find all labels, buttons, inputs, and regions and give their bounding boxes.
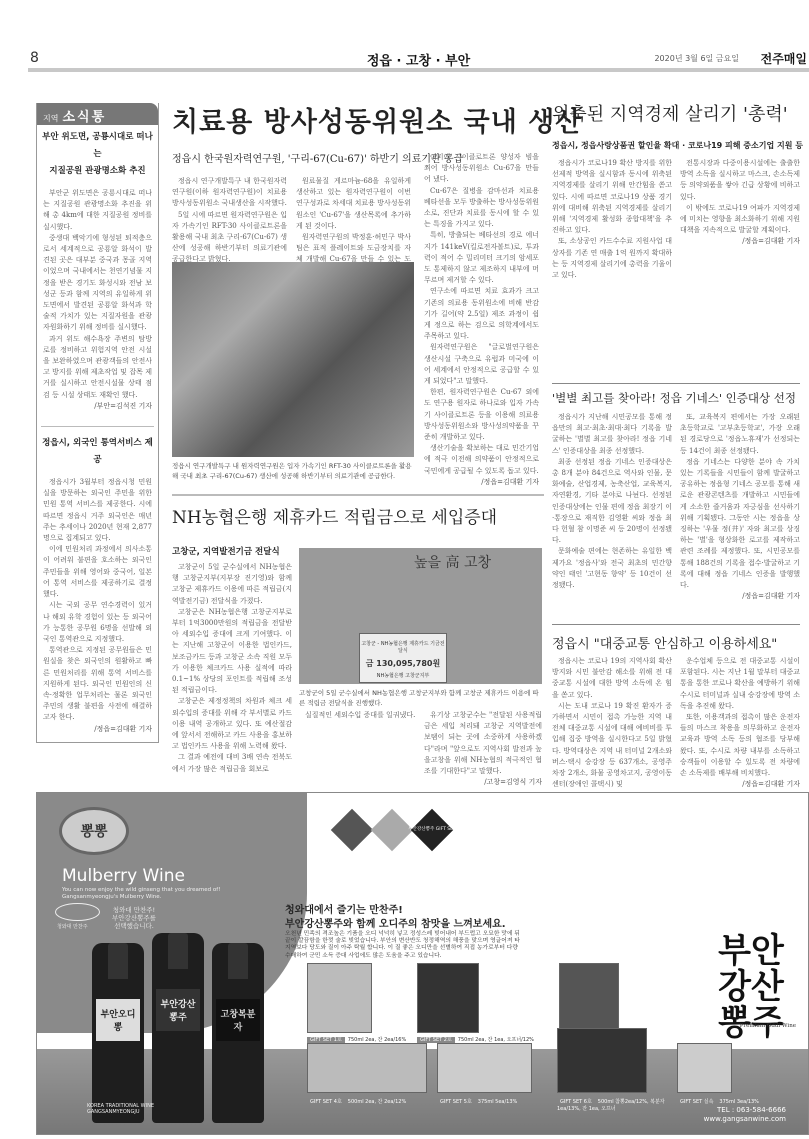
paragraph: 고창군이 5일 군수실에서 NH농협은행 고창군지부(지부장 진기영)와 함께 … bbox=[172, 562, 292, 607]
guinness-col2: 또, 교육복지 편에서는 가장 오래된 초등학교로 '고부초등학교', 가장 오… bbox=[680, 412, 800, 602]
paragraph: 정읍 기네스는 다양한 분야 속 가치 있는 기록들을 시민들이 함께 발굴하고… bbox=[680, 457, 800, 591]
paragraph: 한편, 원자력연구원은 Cu-67 외에도 연구용 원자로 하나로와 입자 가속… bbox=[424, 387, 539, 443]
sidebar-header: 지역 소식통 bbox=[37, 103, 158, 125]
gift-tag: GIFT SET 실속 bbox=[677, 1099, 716, 1105]
paragraph: 운수업체 등으로 전 대중교통 시설이 포함된다. 시는 지난 1월 말부터 대… bbox=[680, 656, 800, 712]
sidebar-label-small: 지역 bbox=[43, 113, 58, 124]
gift-tag: GIFT SET 5호 bbox=[437, 1099, 475, 1105]
ad-contact: TEL : 063-584-6666 www.gangsanwine.com bbox=[704, 1106, 786, 1124]
photo-banner: 높을 高 고창 bbox=[414, 552, 491, 572]
blue-house-emblem-icon bbox=[55, 903, 100, 921]
sidebar-story1-body: 부안군 위도면은 공룡시대로 떠나는 지질공원 관광명소화 추진을 위해 총 4… bbox=[37, 184, 158, 416]
gift-set-3-image bbox=[559, 963, 619, 1033]
text-line: 선택했습니다. bbox=[112, 922, 156, 930]
ad-body-text: 오천년 민족의 격조높은 기품을 오디 넉넉히 넣고 정성스레 빚어내어 부드럽… bbox=[285, 931, 525, 960]
title-line: 부안 위도면, 공룡시대로 떠나는 bbox=[39, 129, 156, 163]
bottle-label: 부안강산뽕주 bbox=[156, 989, 200, 1031]
sidebar-label-big: 소식통 bbox=[62, 106, 106, 125]
paragraph: 원료물질 게르마늄-68을 유일하게 생산하고 있는 원자력연구원이 이번 연구… bbox=[296, 176, 411, 232]
paragraph: 문화예술 편에는 현존하는 유일한 백제가요 '정읍사'와 전국 최초의 민간향… bbox=[552, 546, 672, 591]
economy-headline[interactable]: 위축된 지역경제 살리기 '총력' bbox=[552, 100, 788, 126]
gift-spec: 375ml 3ea/13% bbox=[719, 1099, 759, 1105]
board-title: 고창군 - NH농협은행 제휴카드 기금전달식 bbox=[360, 640, 446, 654]
lead-subhead: 정읍시 한국원자력연구원, '구리-67(Cu-67)' 하반기 의료기관 공급 bbox=[172, 150, 463, 165]
byline: /정읍=김대환 기자 bbox=[680, 779, 800, 790]
gift-set-7: GIFT SET 실속375ml 3ea/13% bbox=[677, 1098, 759, 1105]
nh-subhead: 고창군, 지역발전기금 전달식 bbox=[172, 545, 280, 557]
sidebar-story2-body: 정읍시가 3월부터 정읍시청 민원실을 방문하는 외국인 주민을 위한 민원 통… bbox=[37, 473, 158, 739]
text-line: 청와대 만찬주! bbox=[112, 906, 156, 914]
bottle-neck bbox=[108, 943, 128, 979]
bottle-label: 부안오디뽕 bbox=[96, 999, 140, 1041]
paragraph: 또, 소상공인 카드수수료 지원사업 대상자를 기존 연 매출 1억 원까지 확… bbox=[552, 236, 672, 281]
paragraph: 이 밖에도 코로나19 여파가 지역경제에 미치는 영향을 최소화하기 위해 지… bbox=[680, 203, 800, 237]
paragraph: 연구소에 따르면 치료 효과가 크고 기존의 의료용 동위원소에 비해 반감기가… bbox=[424, 286, 539, 342]
bottle-neck bbox=[228, 943, 248, 979]
mulberry-diamond-icon bbox=[331, 809, 373, 851]
cheongwadae-text: 청와대 만찬주! 부안강산뽕주를 선택했습니다. bbox=[112, 906, 156, 930]
gift-set-6: GIFT SET 6호500ml 참뽕2ea/12%, 복분자1ea/13%, … bbox=[557, 1098, 667, 1112]
cyclotron-photo[interactable] bbox=[172, 262, 414, 457]
paragraph: 실질적인 세외수입 증대를 일궈냈다. bbox=[299, 710, 417, 721]
paragraph: 원자력연구원은 "글로벌연구원은 생산시설 구축으로 유럽과 미국에 이어 세계… bbox=[424, 342, 539, 387]
gift-set-7-image bbox=[677, 1043, 732, 1093]
paragraph: 전통시장과 다중이용시설에는 출출한 방역 소독을 실시하고 마스크, 손소독제… bbox=[680, 158, 800, 203]
gift-set-2: GIFT SET 2호750ml 2ea, 잔 1ea, 오프너/12% bbox=[417, 1036, 534, 1043]
masthead: 8 정읍 · 고창 · 부안 2020년 3월 6일 금요일 전주매일 bbox=[28, 48, 809, 74]
paragraph: Cu-67은 질병을 감마선과 치료용 베타선을 모두 방출하는 방사성동위원소… bbox=[424, 186, 539, 231]
byline: /정읍=김대환 기자 bbox=[424, 477, 539, 488]
paragraph: 정읍시는 코로나 19의 지역사회 확산방지와 시민 불안감 해소를 위해 전 … bbox=[552, 656, 672, 701]
paragraph: 부안군 위도면은 공룡시대로 떠나는 지질공원 관광명소화 추진을 위해 총 4… bbox=[43, 188, 152, 233]
transit-col2: 운수업체 등으로 전 대중교통 시설이 포함된다. 시는 지난 1월 말부터 대… bbox=[680, 656, 800, 790]
nh-photo-caption: 고창군이 5일 군수실에서 NH농협은행 고창군지부와 함께 고창군 제휴카드 … bbox=[299, 688, 544, 708]
paragraph: 중생대 백악기에 형성된 퇴적층으로서 세계적으로 공룡알 화석이 발견된 곳은… bbox=[43, 233, 152, 334]
byline: /고창=김영식 기자 bbox=[424, 777, 542, 788]
paragraph: 생산기술을 확보하는 대로 민간기업에 적극 이전해 의약품이 안정적으로 국민… bbox=[424, 443, 539, 477]
gift-set-2-image bbox=[417, 963, 479, 1033]
brand-logo-icon: 뽕뽕 bbox=[59, 807, 129, 855]
sidebar-story2-title[interactable]: 정읍시, 외국인 통역서비스 제공 bbox=[37, 431, 158, 473]
lead-headline[interactable]: 치료용 방사성동위원소 국내 생산 bbox=[172, 100, 582, 139]
gift-set-1: GIFT SET 1호750ml 2ea, 잔 2ea/16% bbox=[307, 1036, 406, 1043]
bottle-label: 고창복분자 bbox=[216, 999, 260, 1041]
paragraph: 여기에 사이클로트론 양성자 빔을 쬐어 방사성동위원소 Cu-67을 만들어 … bbox=[424, 152, 539, 186]
paragraph: 유기상 고창군수는 "전달된 사용적립금은 세입 처리돼 고창군 지역발전에 보… bbox=[424, 710, 542, 777]
ad-headline-1: 청와대에서 즐기는 만찬주! bbox=[285, 901, 403, 916]
gift-set-1-image bbox=[307, 963, 372, 1033]
nh-col1: 고창군이 5일 군수실에서 NH농협은행 고창군지부(지부장 진기영)와 함께 … bbox=[172, 562, 292, 775]
paper-name: 전주매일 bbox=[761, 50, 807, 67]
paragraph: 정읍시 연구개발특구 내 한국원자력연구원(이하 원자력연구원)이 치료용 방사… bbox=[172, 176, 287, 210]
paragraph: 시는 국외 공무 연수경력이 있거나 해외 유학 경험이 있는 등 외국어가 능… bbox=[43, 600, 152, 645]
gift-set-4-image bbox=[307, 1043, 427, 1093]
divider bbox=[41, 426, 154, 427]
paragraph: 과거 위도 해수욕장 주변의 탐방로를 정비하고 위험지역 안전 시설을 보완하… bbox=[43, 334, 152, 401]
ad-title: Mulberry Wine bbox=[62, 866, 185, 886]
gift-set-4: GIFT SET 4호500ml 2ea, 잔 2ea/12% bbox=[307, 1098, 406, 1105]
local-news-sidebar: 지역 소식통 부안 위도면, 공룡시대로 떠나는 지질공원 관광명소화 추진 부… bbox=[36, 103, 159, 743]
byline: /정읍=김대환 기자 bbox=[43, 724, 152, 735]
gift-spec: 375ml 5ea/13% bbox=[478, 1099, 518, 1105]
paragraph: 또, 교육복지 편에서는 가장 오래된 초등학교로 '고부초등학교', 가장 오… bbox=[680, 412, 800, 457]
gift-set-6-image bbox=[557, 1028, 647, 1093]
guinness-col1: 정읍시가 지난해 시민공모를 통해 정읍만의 최고·최초·최대·최다 기록을 발… bbox=[552, 412, 672, 591]
mulberry-wine-ad[interactable]: 뽕뽕 Mulberry Wine You can now enjoy the w… bbox=[36, 792, 809, 1135]
title-line: 지질공원 관광명소화 추진 bbox=[39, 163, 156, 180]
donation-board: 고창군 - NH농협은행 제휴카드 기금전달식 금 130,095,780원 N… bbox=[359, 633, 447, 683]
paragraph: 고창군은 NH농협은행 고창군지부로부터 1억3000만원의 적립금을 전달받아… bbox=[172, 607, 292, 697]
paragraph: 정읍시가 3월부터 정읍시청 민원실을 방문하는 외국인 주민을 위한 민원 통… bbox=[43, 477, 152, 544]
paragraph: 최종 선정된 정읍 기네스 인증대상은 총 8개 분야 84건으로 역사와 인물… bbox=[552, 457, 672, 547]
paragraph: 정읍시가 지난해 시민공모를 통해 정읍만의 최고·최초·최대·최다 기록을 발… bbox=[552, 412, 672, 457]
donation-amount: 금 130,095,780원 bbox=[360, 658, 446, 669]
traditional-wine-mark: KOREA TRADITIONAL WINE GANGSANMYEONGJU bbox=[87, 1103, 207, 1115]
guinness-headline[interactable]: '별별 최고를 찾아라! 정읍 기네스' 인증대상 선정 bbox=[552, 390, 796, 406]
ad-headline-2: 부안강산뽕주와 함께 오디주의 참맛을 느껴보세요. bbox=[285, 915, 506, 930]
economy-col2: 전통시장과 다중이용시설에는 출출한 방역 소독을 실시하고 마스크, 손소독제… bbox=[680, 158, 800, 248]
divider bbox=[172, 494, 544, 496]
transit-headline[interactable]: 정읍시 "대중교통 안심하고 이용하세요" bbox=[552, 633, 777, 652]
economy-col1: 정읍시가 코로나19 확산 방지를 위한 선제적 방역을 실시함과 동시에 위축… bbox=[552, 158, 672, 281]
website-link[interactable]: www.gangsanwine.com bbox=[704, 1115, 786, 1124]
text-line: 부안강산뽕주를 bbox=[112, 914, 156, 922]
paragraph: 정읍시가 코로나19 확산 방지를 위한 선제적 방역을 실시함과 동시에 위축… bbox=[552, 158, 672, 236]
issue-date: 2020년 3월 6일 금요일 bbox=[654, 53, 739, 64]
bottle-bokbunja: 고창복분자 bbox=[212, 943, 264, 1123]
divider bbox=[552, 383, 800, 384]
paragraph: 이에 민원처리 과정에서 의사소통이 어려워 불편을 호소하는 외국인 주민들을… bbox=[43, 544, 152, 600]
byline: /정읍=김대환 기자 bbox=[680, 591, 800, 602]
divider bbox=[552, 624, 800, 625]
bottle-neck bbox=[168, 933, 188, 969]
byline: /정읍=김대환 기자 bbox=[680, 236, 800, 247]
phone-number: TEL : 063-584-6666 bbox=[704, 1106, 786, 1115]
paragraph: 5일 시에 따르면 원자력연구원은 입자 가속기인 RFT-30 사이클로트론을… bbox=[172, 210, 287, 266]
cheongwadae-label: 청와대 만찬주 bbox=[57, 923, 88, 930]
gift-tag: GIFT SET 6호 bbox=[557, 1099, 595, 1105]
bottle-odi: 부안오디뽕 bbox=[92, 943, 144, 1123]
gift-set-5-image bbox=[437, 1043, 532, 1093]
board-footer: NH농협은행 고창군지부 bbox=[360, 672, 446, 679]
transit-col1: 정읍시는 코로나 19의 지역사회 확산방지와 시민 불안감 해소를 위해 전 … bbox=[552, 656, 672, 790]
lead-photo-caption: 정읍시 연구개발특구 내 원자력연구원은 입자 가속기인 RFT-30 사이클로… bbox=[172, 461, 417, 481]
gift-set-5: GIFT SET 5호375ml 5ea/13% bbox=[437, 1098, 517, 1105]
gift-tag: GIFT SET 4호 bbox=[307, 1099, 345, 1105]
sidebar-story1-title[interactable]: 부안 위도면, 공룡시대로 떠나는 지질공원 관광명소화 추진 bbox=[37, 125, 158, 184]
lead-col3: 여기에 사이클로트론 양성자 빔을 쬐어 방사성동위원소 Cu-67을 만들어 … bbox=[424, 152, 539, 488]
paragraph: 고창군은 제정정책의 차원과 체크 세외수입의 증대를 위해 각 부서별로 카드… bbox=[172, 696, 292, 752]
nh-ceremony-photo[interactable]: 높을 高 고창 고창군 - NH농협은행 제휴카드 기금전달식 금 130,09… bbox=[299, 548, 542, 684]
byline: /부안=김석진 기자 bbox=[43, 401, 152, 412]
economy-subhead: 정읍시, 정읍사랑상품권 할인율 확대 · 코로나19 피해 중소기업 지원 등 bbox=[552, 140, 803, 151]
diamond-badge-text: 부안강산뽕주 GIFT SET bbox=[407, 826, 457, 832]
nh-col2: 실질적인 세외수입 증대를 일궈냈다. bbox=[299, 710, 417, 721]
paragraph: 특히, 방출되는 베타선의 경로 에너지가 141keV(킬로전자볼트)로, 투… bbox=[424, 230, 539, 286]
paragraph: 또한, 이용객과의 접촉이 많은 운전자들의 마스크 착용을 의무화하고 운전자… bbox=[680, 712, 800, 779]
ad-subtitle: You can now enjoy the wild ginseng that … bbox=[62, 887, 262, 901]
gift-spec: 500ml 2ea, 잔 2ea/12% bbox=[348, 1099, 406, 1105]
big-brand-sub: Premium Oddi Wine bbox=[740, 1023, 796, 1029]
nh-headline[interactable]: NH농협은행 제휴카드 적립금으로 세입증대 bbox=[172, 503, 497, 528]
bottle-bbongju: 부안강산뽕주 bbox=[152, 933, 204, 1123]
masthead-rule bbox=[28, 68, 809, 72]
paragraph: 통역관으로 지정된 공무원들은 민원실을 찾은 외국인의 원활하고 빠른 민원처… bbox=[43, 645, 152, 723]
paragraph: 시는 도내 코로나 19 확진 환자가 증가하면서 시민이 접촉 가능한 지역 … bbox=[552, 701, 672, 791]
paragraph: 그 결과 예전에 대비 3배 연속 전북도에서 가장 많은 적립금을 회보로 bbox=[172, 752, 292, 774]
nh-col3: 유기상 고창군수는 "전달된 사용적립금은 세입 처리돼 고창군 지역발전에 보… bbox=[424, 710, 542, 788]
